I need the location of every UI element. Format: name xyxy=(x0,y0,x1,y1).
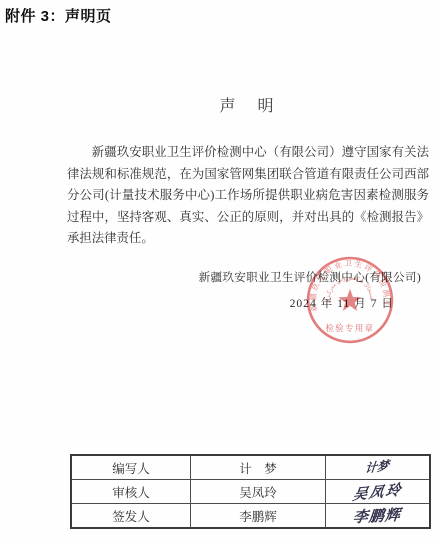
signature-cell: 计梦 xyxy=(326,455,431,480)
handwritten-signature: 李鹏辉 xyxy=(353,504,403,528)
document-title: 声 明 xyxy=(67,93,429,116)
table-row-reviewer: 审核人 吴凤玲 吴凤玲 xyxy=(71,480,430,504)
seal-star-icon xyxy=(338,289,361,311)
company-seal-stamp: 新疆玖安职业卫生评价检测中心有限公司 شىنجاڭ تەكشۈرۈش مەركى… xyxy=(303,253,397,347)
name-cell: 吴凤玲 xyxy=(191,480,326,504)
name-cell: 计 梦 xyxy=(191,455,326,480)
signature-cell: 李鹏辉 xyxy=(326,504,431,529)
table-row-issuer: 签发人 李鹏辉 李鹏辉 xyxy=(71,504,430,529)
name-cell: 李鹏辉 xyxy=(191,504,326,529)
seal-bottom-text: 检验专用章 xyxy=(326,323,375,333)
attachment-header: 附件 3：声明页 xyxy=(5,5,112,26)
role-cell: 签发人 xyxy=(71,504,191,529)
handwritten-signature: 计梦 xyxy=(365,456,391,477)
declaration-paragraph: 新疆玖安职业卫生评价检测中心（有限公司）遵守国家有关法律法规和标准规范，在为国家… xyxy=(67,142,429,250)
handwritten-signature: 吴凤玲 xyxy=(351,480,404,504)
role-cell: 编写人 xyxy=(71,455,191,480)
role-cell: 审核人 xyxy=(71,480,191,504)
table-row-writer: 编写人 计 梦 计梦 xyxy=(71,455,430,480)
signature-cell: 吴凤玲 xyxy=(326,480,431,504)
signature-table: 编写人 计 梦 计梦 审核人 吴凤玲 吴凤玲 签发人 李鹏辉 李鹏辉 xyxy=(70,454,431,529)
declaration-page: 附件 3：声明页 声 明 新疆玖安职业卫生评价检测中心（有限公司）遵守国家有关法… xyxy=(0,0,438,543)
